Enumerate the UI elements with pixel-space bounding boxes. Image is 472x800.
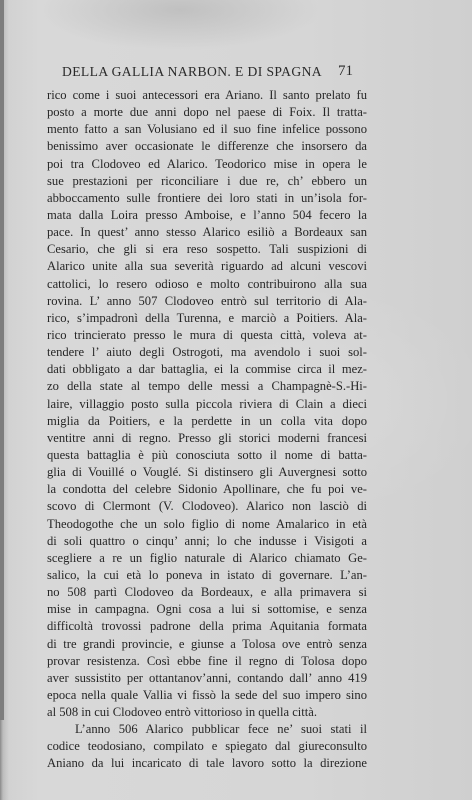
text-line: dati obbligato a dar battaglia, ei la co… [47, 361, 367, 378]
text-line: Cesario, che gli si era reso sospetto. T… [47, 241, 367, 258]
text-line: posto a morte due anni dopo nel paese di… [47, 104, 367, 121]
text-line: al 508 in cui Clodoveo entrò vittorioso … [47, 704, 367, 721]
page-number: 71 [338, 63, 353, 80]
text-line: ventitre anni di regno. Presso gli stori… [47, 430, 367, 447]
text-line: zo della state al tempo delle messi a Ch… [47, 378, 367, 395]
text-line: mata dalla Loira presso Amboise, e l’ann… [47, 207, 367, 224]
text-line: di tre grandi provincie, e giunse a Tolo… [47, 636, 367, 653]
book-page: DELLA GALLIA NARBON. E DI SPAGNA 71 rico… [0, 0, 472, 800]
text-line: Aniano da lui incaricato di tale lavoro … [47, 755, 367, 772]
text-line: tendere l’ aiuto degli Ostrogoti, ma ave… [47, 344, 367, 361]
text-line: no 508 partì Clodoveo da Bordeaux, e all… [47, 584, 367, 601]
running-head: DELLA GALLIA NARBON. E DI SPAGNA [62, 64, 372, 80]
text-line: codice teodosiano, compilato e spiegato … [47, 738, 367, 755]
text-line: la condotta del celebre Sidonio Apollina… [47, 481, 367, 498]
text-line: laire, villaggio posto sulla piccola riv… [47, 396, 367, 413]
text-line: poi tra Clodoveo ed Alarico. Teodorico m… [47, 156, 367, 173]
text-line: difficoltà trovossi padrone della prima … [47, 618, 367, 635]
text-line: glia di Vouillé o Vouglé. Si distinsero … [47, 464, 367, 481]
text-line: di soli quattro o cinqu’ anni; lo che in… [47, 533, 367, 550]
text-line: mento fatto a san Volusiano ed il suo fi… [47, 121, 367, 138]
text-line: miglia da Poitiers, e la perdette in un … [47, 413, 367, 430]
text-line: Alarico unite alla sua severità riguardo… [47, 258, 367, 275]
text-line: benissimo aver occasionate le differenze… [47, 138, 367, 155]
gutter-shadow [0, 0, 4, 720]
text-line: rico trincierato presso le mura di quest… [47, 327, 367, 344]
text-line: rico come i suoi antecessori era Ariano.… [47, 87, 367, 104]
text-line: scovo di Clermont (V. Clodoveo). Alarico… [47, 498, 367, 515]
text-line: rico, s’impadronì della Turenna, e marci… [47, 310, 367, 327]
text-line-paragraph-start: L’anno 506 Alarico pubblicar fece ne’ su… [47, 721, 367, 738]
text-line: scegliere a re un figlio naturale di Ala… [47, 550, 367, 567]
text-line: pace. In quest’ anno stesso Alarico esil… [47, 224, 367, 241]
text-line: aver sussistito per ottantanov’anni, con… [47, 670, 367, 687]
text-line: epoca nella quale Vallia vi fissò la sed… [47, 687, 367, 704]
text-line: mise in campagna. Ogni cosa a lui si sot… [47, 601, 367, 618]
body-text: rico come i suoi antecessori era Ariano.… [47, 87, 367, 773]
text-line: Theodogothe che un solo figlio di nome A… [47, 516, 367, 533]
text-line: rovina. L’ anno 507 Clodoveo entrò sul t… [47, 293, 367, 310]
text-line: sue prestazioni per riconciliare i due r… [47, 173, 367, 190]
text-line: cattolici, lo resero odioso e molto cont… [47, 276, 367, 293]
text-line: abboccamento sulle frontiere dei loro st… [47, 190, 367, 207]
text-line: questa battaglia è più conosciuta sotto … [47, 447, 367, 464]
text-line: salico, la cui età lo poneva in istato d… [47, 567, 367, 584]
text-line: provar resistenza. Così ebbe fine il reg… [47, 653, 367, 670]
